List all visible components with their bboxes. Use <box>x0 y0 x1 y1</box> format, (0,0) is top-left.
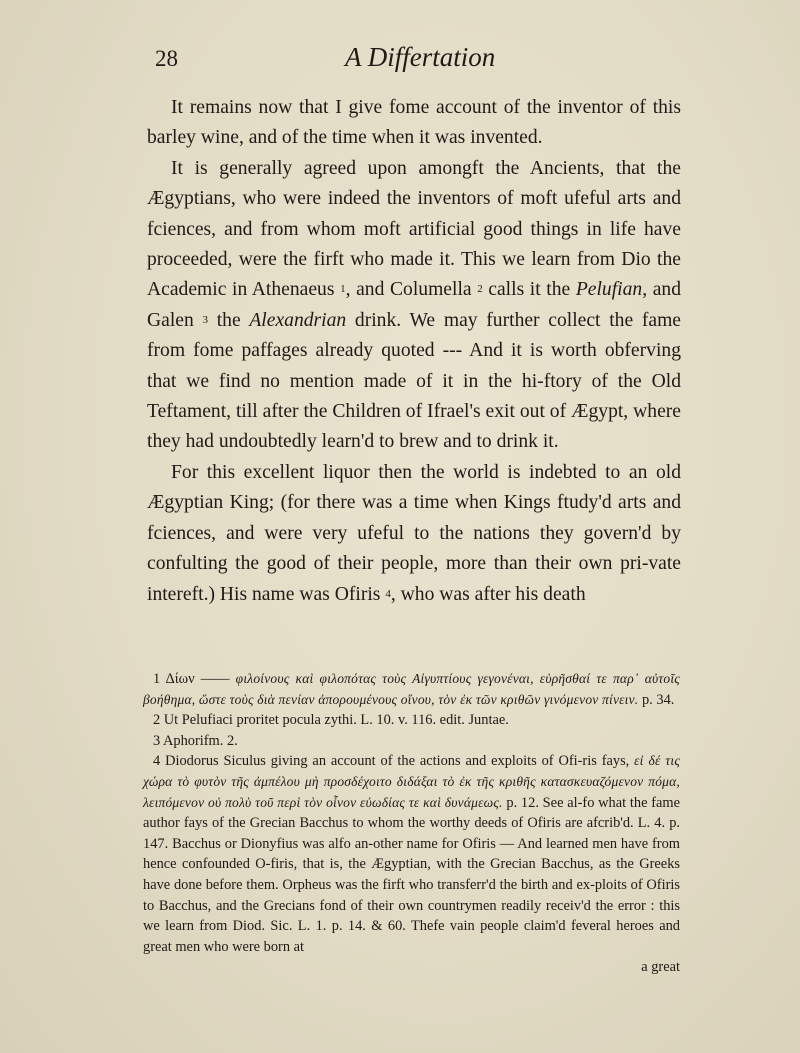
text-run: It remains now that I give fome account … <box>147 97 681 148</box>
text-run: the <box>208 310 249 331</box>
footnote-ref: 2 <box>477 283 483 295</box>
footnote-2: 2 Ut Pelufiaci proritet pocula zythi. L.… <box>143 710 680 731</box>
paragraph-inventor-intro: It remains now that I give fome account … <box>147 93 681 154</box>
footnote-ref: 3 <box>203 314 209 326</box>
text-run: p. 12. See al-fo what the fame author fa… <box>143 795 680 955</box>
text-run: p. 34. <box>638 692 674 708</box>
page-header: 28 A Differtation <box>155 46 665 76</box>
catchword: a great <box>143 957 680 978</box>
main-text: It remains now that I give fome account … <box>147 93 681 610</box>
italic-term: Pelufian <box>576 279 642 300</box>
text-run: 2 Ut Pelufiaci proritet pocula zythi. L.… <box>153 712 509 728</box>
text-run: 3 Aphorifm. 2. <box>153 733 238 749</box>
text-run: drink. We may further collect the fame f… <box>147 310 681 453</box>
footnote-ref: 4 <box>385 588 391 600</box>
footnote-1: 1 Δίων —— φιλοίνους καὶ φιλοπότας τοὺς Α… <box>143 669 680 710</box>
text-run: , who was after his death <box>391 584 586 605</box>
footnote-3: 3 Aphorifm. 2. <box>143 731 680 752</box>
italic-term: Alexandrian <box>249 310 346 331</box>
page-number: 28 <box>155 46 178 72</box>
text-run: , and Columella <box>346 279 478 300</box>
paragraph-egyptian-king: For this excellent liquor then the world… <box>147 458 681 610</box>
book-page: 28 A Differtation It remains now that I … <box>0 0 800 1053</box>
footnotes: 1 Δίων —— φιλοίνους καὶ φιλοπότας τοὺς Α… <box>143 669 680 978</box>
footnote-ref: 1 <box>340 283 346 295</box>
text-run: calls it the <box>483 279 576 300</box>
footnote-4: 4 Diodorus Siculus giving an account of … <box>143 751 680 957</box>
text-run: 4 Diodorus Siculus giving an account of … <box>153 753 634 769</box>
text-run: 1 Δίων —— <box>153 671 236 687</box>
paragraph-ancients: It is generally agreed upon amongft the … <box>147 154 681 458</box>
running-title: A Differtation <box>345 42 495 73</box>
